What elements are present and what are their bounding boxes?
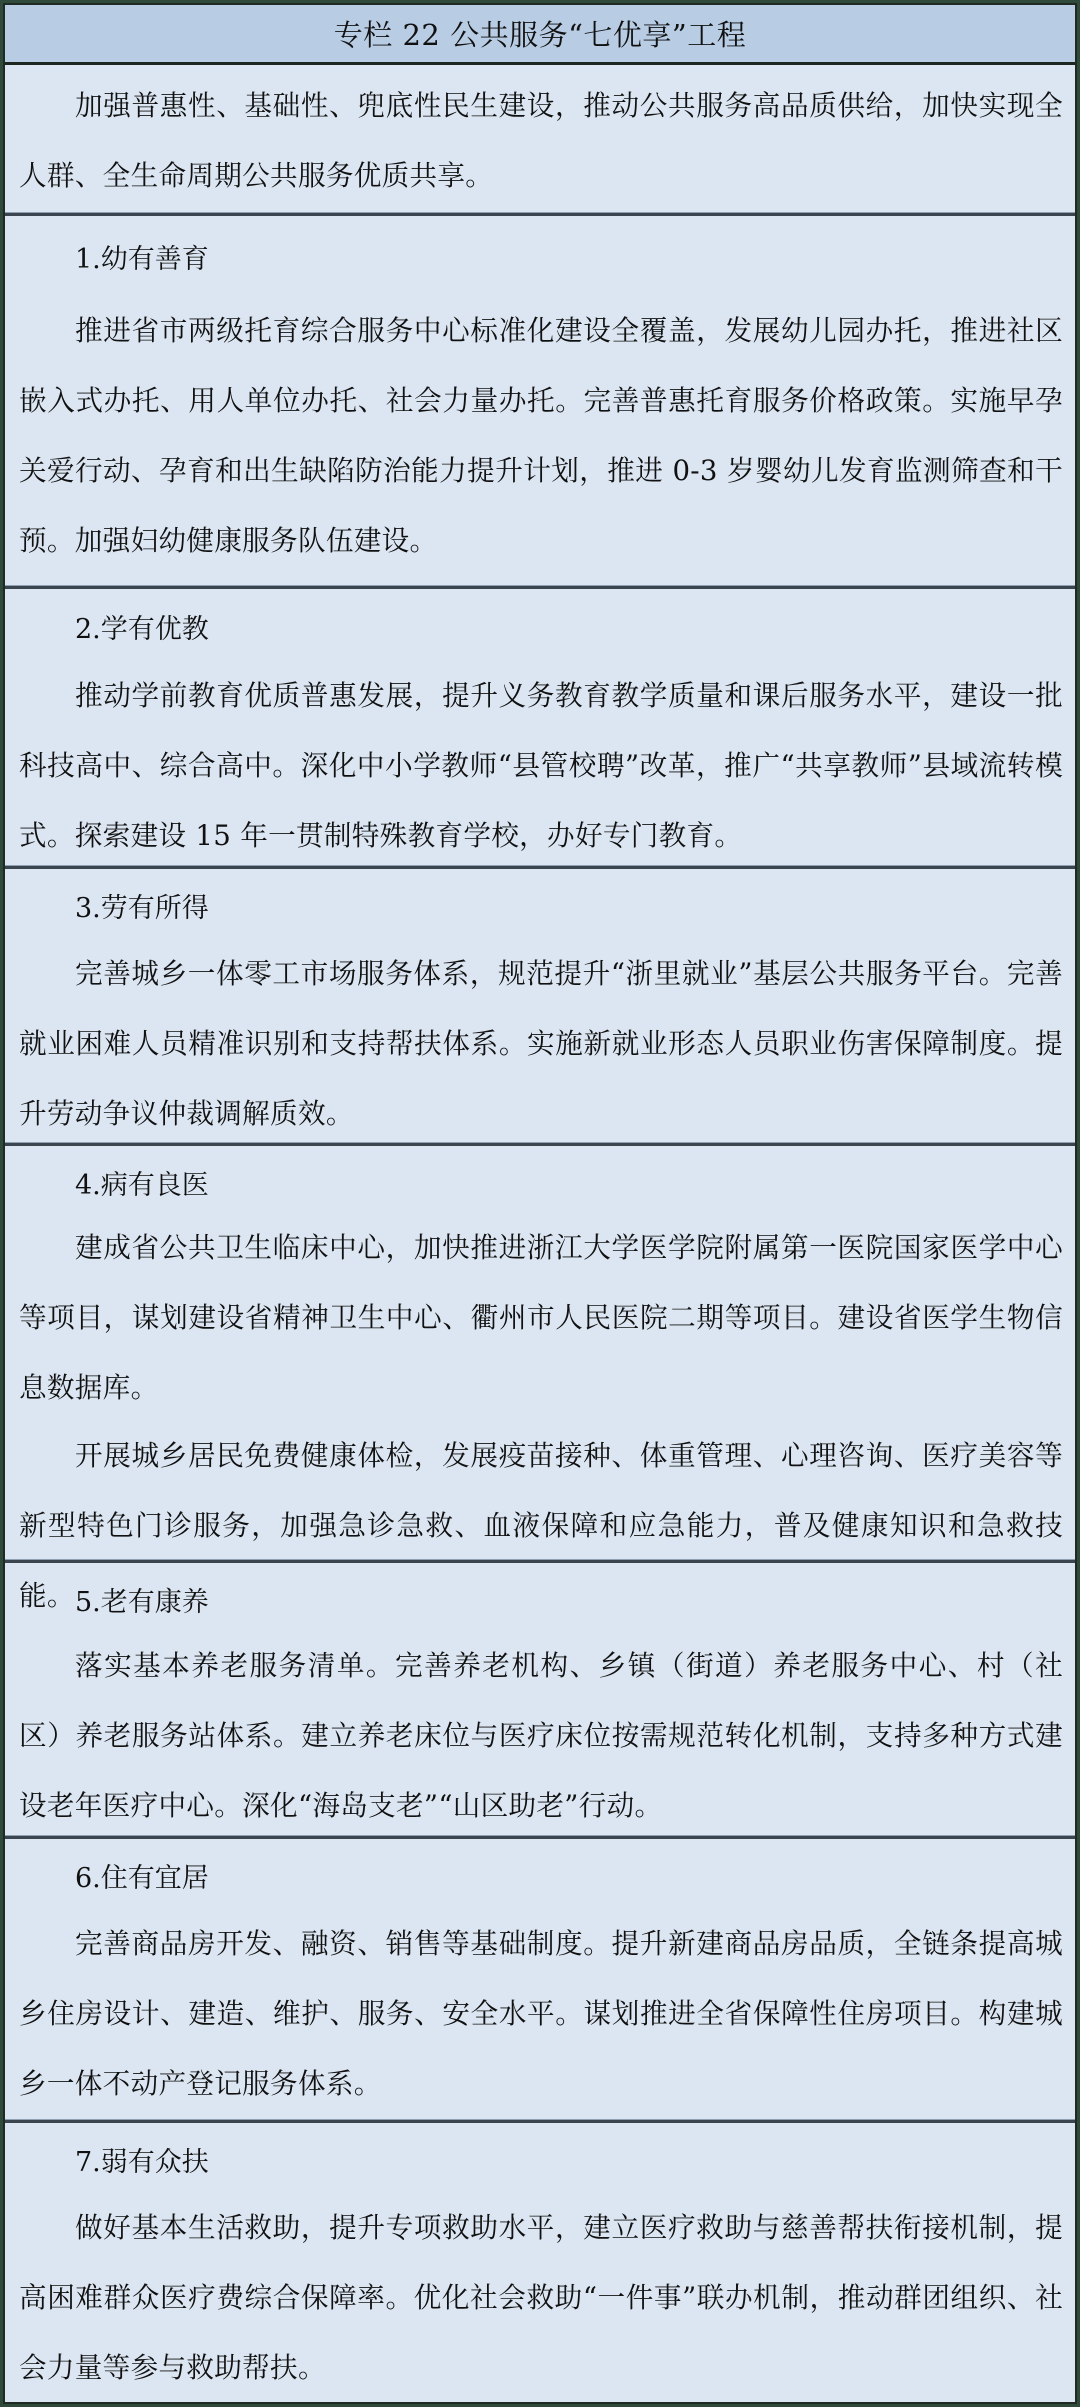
section-7: 7.弱有众扶 做好基本生活救助，提升专项救助水平，建立医疗救助与慈善帮扶衔接机制…	[5, 2123, 1075, 2406]
section-title: 7.弱有众扶	[75, 2143, 209, 2183]
section-paragraph: 推进省市两级托育综合服务中心标准化建设全覆盖，发展幼儿园办托，推进社区嵌入式办托…	[19, 296, 1063, 576]
section-title: 6.住有宜居	[75, 1859, 209, 1899]
section-5: 5.老有康养 落实基本养老服务清单。完善养老机构、乡镇（街道）养老服务中心、村（…	[5, 1563, 1075, 1839]
special-column-table: 专栏 22 公共服务“七优享”工程 加强普惠性、基础性、兜底性民生建设，推动公共…	[3, 3, 1077, 2404]
table-title: 专栏 22 公共服务“七优享”工程	[334, 13, 747, 54]
section-3: 3.劳有所得 完善城乡一体零工市场服务体系，规范提升“浙里就业”基层公共服务平台…	[5, 869, 1075, 1146]
section-paragraph: 推动学前教育优质普惠发展，提升义务教育教学质量和课后服务水平，建设一批科技高中、…	[19, 661, 1063, 871]
section-title: 3.劳有所得	[75, 889, 209, 929]
section-1: 1.幼有善育 推进省市两级托育综合服务中心标准化建设全覆盖，发展幼儿园办托，推进…	[5, 216, 1075, 589]
section-paragraph: 落实基本养老服务清单。完善养老机构、乡镇（街道）养老服务中心、村（社区）养老服务…	[19, 1631, 1063, 1841]
section-6: 6.住有宜居 完善商品房开发、融资、销售等基础制度。提升新建商品房品质，全链条提…	[5, 1839, 1075, 2123]
section-paragraph: 做好基本生活救助，提升专项救助水平，建立医疗救助与慈善帮扶衔接机制，提高困难群众…	[19, 2193, 1063, 2403]
intro-paragraph: 加强普惠性、基础性、兜底性民生建设，推动公共服务高品质供给，加快实现全人群、全生…	[19, 71, 1063, 211]
section-2: 2.学有优教 推动学前教育优质普惠发展，提升义务教育教学质量和课后服务水平，建设…	[5, 589, 1075, 869]
section-paragraph: 完善商品房开发、融资、销售等基础制度。提升新建商品房品质，全链条提高城乡住房设计…	[19, 1909, 1063, 2119]
section-title: 4.病有良医	[75, 1166, 209, 1206]
section-title: 2.学有优教	[75, 610, 209, 650]
table-header: 专栏 22 公共服务“七优享”工程	[5, 5, 1075, 65]
section-paragraph: 完善城乡一体零工市场服务体系，规范提升“浙里就业”基层公共服务平台。完善就业困难…	[19, 939, 1063, 1149]
intro-section: 加强普惠性、基础性、兜底性民生建设，推动公共服务高品质供给，加快实现全人群、全生…	[5, 65, 1075, 216]
section-paragraph: 建成省公共卫生临床中心，加快推进浙江大学医学院附属第一医院国家医学中心等项目，谋…	[19, 1213, 1063, 1423]
section-title: 1.幼有善育	[75, 240, 209, 280]
section-4: 4.病有良医 建成省公共卫生临床中心，加快推进浙江大学医学院附属第一医院国家医学…	[5, 1146, 1075, 1563]
section-title: 5.老有康养	[75, 1583, 209, 1623]
